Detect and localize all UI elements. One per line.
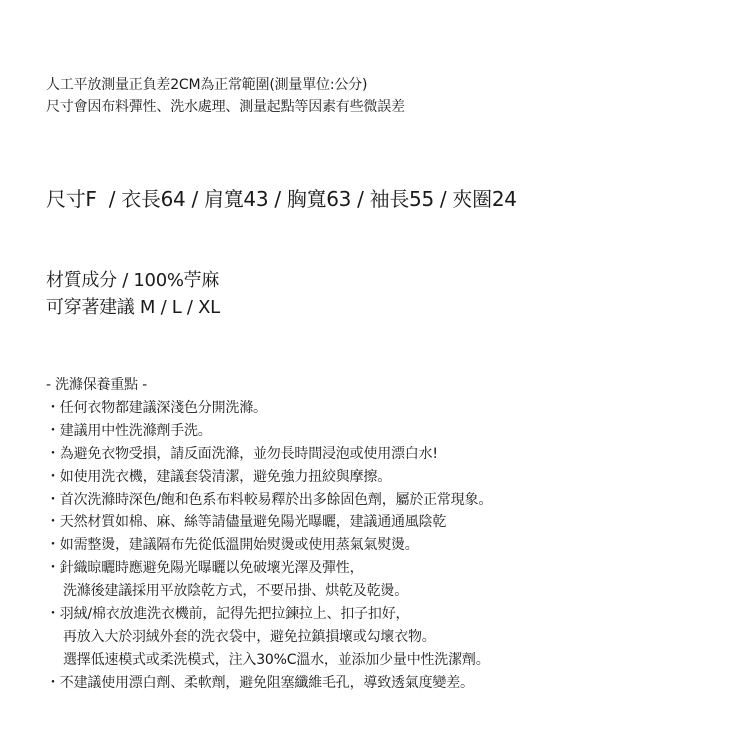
care-item: ・任何衣物都建議深淺色分開洗滌。 (46, 397, 492, 420)
measurement-note: 人工平放測量正負差2CM為正常範圍(測量單位:公分) 尺寸會因布料彈性、洗水處理… (46, 74, 405, 118)
care-item: ・如需整燙，建議隔布先從低溫開始熨燙或使用蒸氣氣熨燙。 (46, 534, 492, 557)
care-item-continuation: 洗滌後建議採用平放陰乾方式，不要吊掛、烘乾及乾燙。 (46, 580, 492, 603)
care-heading: - 洗滌保養重點 - (46, 374, 492, 397)
care-item: ・不建議使用漂白劑、柔軟劑，避免阻塞纖維毛孔，導致透氣度變差。 (46, 672, 492, 695)
size-spec: 尺寸F / 衣長64 / 肩寬43 / 胸寬63 / 袖長55 / 夾圈24 (46, 185, 517, 213)
material-info: 材質成分 / 100%苧麻 可穿著建議 M / L / XL (46, 267, 220, 321)
care-item: ・羽絨/棉衣放進洗衣機前，記得先把拉鍊拉上、扣子扣好， (46, 603, 492, 626)
recommended-sizes: 可穿著建議 M / L / XL (46, 294, 220, 321)
care-item: ・天然材質如棉、麻、絲等請儘量避免陽光曝曬，建議通通風陰乾 (46, 511, 492, 534)
care-item-continuation: 再放入大於羽絨外套的洗衣袋中，避免拉鎮損壞或勾壞衣物。 (46, 626, 492, 649)
size-spec-text: 尺寸F / 衣長64 / 肩寬43 / 胸寬63 / 袖長55 / 夾圈24 (46, 185, 517, 213)
care-instructions: - 洗滌保養重點 - ・任何衣物都建議深淺色分開洗滌。 ・建議用中性洗滌劑手洗。… (46, 374, 492, 695)
care-item: ・針織晾曬時應避免陽光曝曬以免破壞光澤及彈性， (46, 557, 492, 580)
material-composition: 材質成分 / 100%苧麻 (46, 267, 220, 294)
measurement-note-line: 人工平放測量正負差2CM為正常範圍(測量單位:公分) (46, 74, 405, 96)
care-item: ・建議用中性洗滌劑手洗。 (46, 420, 492, 443)
measurement-note-line: 尺寸會因布料彈性、洗水處理、測量起點等因素有些微誤差 (46, 96, 405, 118)
care-item: ・首次洗滌時深色/飽和色系布料較易釋於出多餘固色劑，屬於正常現象。 (46, 489, 492, 512)
care-item-continuation: 選擇低速模式或柔洗模式，注入30%C溫水，並添加少量中性洗潔劑。 (46, 649, 492, 672)
care-item: ・為避免衣物受損，請反面洗滌，並勿長時間浸泡或使用漂白水! (46, 443, 492, 466)
care-item: ・如使用洗衣機，建議套袋清潔，避免強力扭絞與摩擦。 (46, 466, 492, 489)
